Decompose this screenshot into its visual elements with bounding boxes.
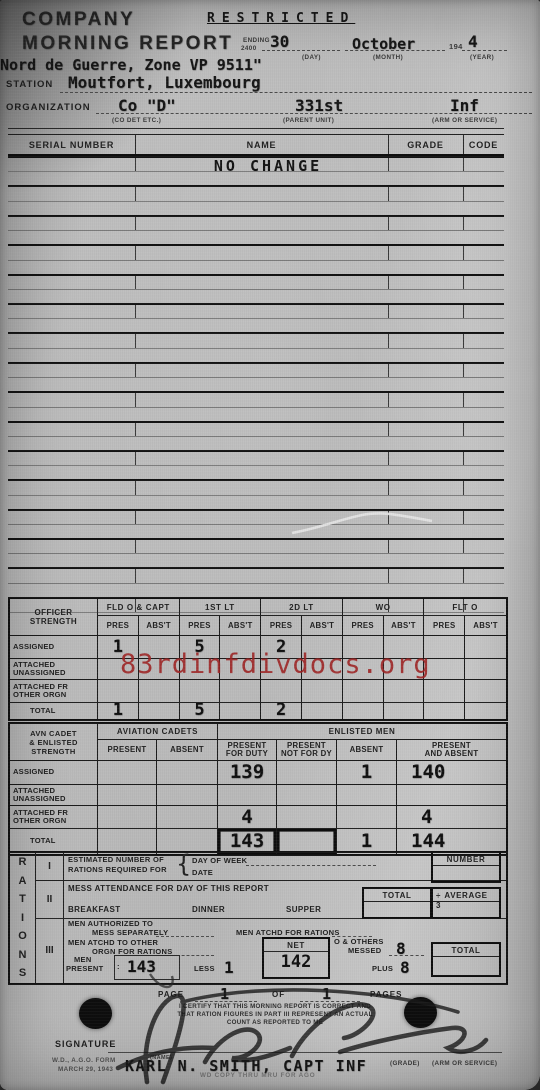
men-present-value: 143 bbox=[127, 959, 156, 975]
cell bbox=[465, 636, 506, 659]
group-2d-lt: 2D LT bbox=[261, 599, 343, 616]
col-absent-2: ABSENT bbox=[337, 740, 397, 761]
col-present-and-absent: PRESENTAND ABSENT bbox=[397, 740, 506, 761]
cell bbox=[465, 703, 506, 719]
cell bbox=[157, 761, 218, 785]
year-value: 4 bbox=[468, 34, 478, 50]
roster-row bbox=[8, 274, 504, 303]
org-arm-label: (ARM OR SERVICE) bbox=[432, 117, 497, 124]
grade-label: (GRADE) bbox=[390, 1060, 420, 1067]
day-of-week-label: DAY OF WEEK bbox=[192, 857, 247, 865]
total-box: TOTAL bbox=[362, 887, 432, 919]
dinner-label: DINNER bbox=[192, 905, 225, 914]
plus-value: 8 bbox=[400, 960, 410, 976]
cell bbox=[98, 785, 157, 806]
roster-header: SERIAL NUMBER NAME GRADE CODE bbox=[8, 134, 504, 156]
roster-table: SERIAL NUMBER NAME GRADE CODE NO CHANGE bbox=[8, 134, 504, 626]
certification-line-3: COUNT AS REPORTED TO ME bbox=[125, 1019, 425, 1026]
cell bbox=[384, 703, 425, 719]
roster-row bbox=[8, 332, 504, 361]
rations-vertical-label: RA TI ON S bbox=[10, 853, 36, 983]
roster-row bbox=[8, 215, 504, 244]
org-parent-value: 331st bbox=[295, 98, 343, 114]
pages-line bbox=[300, 1001, 360, 1002]
cell bbox=[157, 806, 218, 829]
watermark: 83rdinfdivdocs.org bbox=[120, 650, 431, 680]
roster-row bbox=[8, 538, 504, 567]
org-unit-label: (CO DET ETC.) bbox=[112, 117, 161, 124]
row-assigned: ASSIGNED bbox=[10, 636, 98, 659]
station-line bbox=[60, 92, 532, 93]
total-box-iii: TOTAL bbox=[431, 942, 501, 977]
cell bbox=[343, 680, 384, 703]
rations-section-iii: MEN AUTHORIZED TO MESS SEPARATELY MEN AT… bbox=[64, 919, 506, 983]
cell bbox=[337, 785, 397, 806]
group-aviation-cadets: AVIATION CADETS bbox=[98, 724, 218, 740]
roster-row bbox=[8, 479, 504, 508]
cell: 1 bbox=[98, 703, 139, 719]
punch-hole-left bbox=[79, 998, 112, 1029]
row-assigned: ASSIGNED bbox=[10, 761, 98, 785]
pres-header: PRES bbox=[424, 616, 465, 636]
abst-header: ABS'T bbox=[139, 616, 180, 636]
year-prefix: 194 bbox=[449, 43, 463, 50]
abst-header: ABS'T bbox=[220, 616, 261, 636]
messed-line bbox=[389, 955, 424, 956]
no-change-entry: NO CHANGE bbox=[148, 159, 388, 174]
cell bbox=[424, 680, 465, 703]
row-attached-unassigned: ATTACHED UNASSIGNED bbox=[10, 659, 98, 680]
row-attached-fr-other: ATTACHED FR OTHER ORGN bbox=[10, 680, 98, 703]
pres-header: PRES bbox=[180, 616, 221, 636]
station-value: Moutfort, Luxembourg bbox=[68, 75, 261, 91]
messed-label: MESSED bbox=[348, 947, 381, 955]
header-rule bbox=[8, 128, 504, 129]
cell bbox=[465, 680, 506, 703]
station-label: STATION bbox=[6, 80, 53, 89]
abst-header: ABS'T bbox=[302, 616, 343, 636]
col-present: PRESENT bbox=[98, 740, 157, 761]
certification-line-2: THAT RATION FIGURES IN PART III REPRESEN… bbox=[125, 1011, 425, 1018]
col-grade: GRADE bbox=[388, 140, 463, 150]
estimated-label-2: RATIONS REQUIRED FOR bbox=[68, 866, 167, 874]
cell bbox=[384, 680, 425, 703]
pages-label: PAGES bbox=[370, 990, 402, 999]
rations-numerals: I II III bbox=[36, 853, 64, 983]
cell bbox=[220, 680, 261, 703]
date-label: DATE bbox=[192, 869, 213, 877]
cell bbox=[220, 703, 261, 719]
roster-row bbox=[8, 421, 504, 450]
cell bbox=[277, 806, 337, 829]
org-unit-value: Co "D" bbox=[118, 98, 176, 114]
punch-hole-right bbox=[404, 997, 437, 1028]
men-authorized-label: MEN AUTHORIZED TO bbox=[68, 920, 153, 928]
location-line: Nord de Guerre, Zone VP 9511" bbox=[0, 57, 262, 73]
cell bbox=[302, 703, 343, 719]
cell bbox=[98, 680, 139, 703]
ending-label: ENDING bbox=[243, 37, 270, 44]
cell: 139 bbox=[218, 761, 277, 785]
certification-line-1: I CERTIFY THAT THIS MORNING REPORT IS CO… bbox=[125, 1003, 425, 1010]
organization-label: ORGANIZATION bbox=[6, 103, 91, 112]
average-box: AVERAGE bbox=[431, 887, 501, 919]
month-label: (MONTH) bbox=[373, 54, 403, 61]
cell bbox=[218, 785, 277, 806]
cell: 5 bbox=[180, 703, 221, 719]
cell: 1 bbox=[337, 761, 397, 785]
pres-header: PRES bbox=[261, 616, 302, 636]
cell bbox=[139, 680, 180, 703]
men-atchd-for-rations-label: MEN ATCHD FOR RATIONS bbox=[236, 929, 340, 937]
row-total: TOTAL bbox=[10, 703, 98, 719]
roster-row bbox=[8, 303, 504, 332]
col-name: NAME bbox=[135, 140, 388, 150]
row-attached-unassigned: ATTACHED UNASSIGNED bbox=[10, 785, 98, 806]
cell bbox=[337, 806, 397, 829]
roster-row bbox=[8, 362, 504, 391]
form-id-line-2: MARCH 29, 1943 bbox=[58, 1066, 113, 1073]
roster-entry-no-change: NO CHANGE bbox=[8, 156, 504, 185]
morning-report-document: COMPANY RESTRICTED MORNING REPORT ENDING… bbox=[0, 0, 540, 1090]
numeral-iii: III bbox=[36, 919, 63, 983]
group-flt-o: FLT O bbox=[424, 599, 506, 616]
cell bbox=[397, 785, 506, 806]
pres-header: PRES bbox=[343, 616, 384, 636]
numeral-ii: II bbox=[36, 881, 63, 919]
cell: 140 bbox=[397, 761, 506, 785]
brace-glyph: { bbox=[176, 852, 191, 876]
cell bbox=[465, 659, 506, 680]
cell bbox=[302, 680, 343, 703]
cell bbox=[98, 761, 157, 785]
row-attached-fr-other: ATTACHED FR OTHER ORGN bbox=[10, 806, 98, 829]
rations-section: RA TI ON S I II III ESTIMATED NUMBER OF … bbox=[8, 851, 508, 985]
wd-copy-line: WD COPY THRU MRU FOR AGO bbox=[200, 1072, 315, 1079]
cell: 2 bbox=[261, 703, 302, 719]
cell bbox=[424, 703, 465, 719]
supper-label: SUPPER bbox=[286, 905, 321, 914]
month-line bbox=[345, 50, 445, 51]
signature-label: SIGNATURE bbox=[55, 1040, 116, 1049]
day-line bbox=[262, 50, 340, 51]
numeral-i: I bbox=[36, 853, 63, 881]
present-label: PRESENT bbox=[66, 965, 104, 973]
pres-header: PRES bbox=[98, 616, 139, 636]
cell: 4 bbox=[218, 806, 277, 829]
breakfast-label: BREAKFAST bbox=[68, 905, 121, 914]
of-label: OF bbox=[272, 990, 285, 999]
mess-separately-line bbox=[156, 936, 214, 937]
col-present-for-duty: PRESENTFOR DUTY bbox=[218, 740, 277, 761]
officer-strength-title: OFFICER STRENGTH bbox=[10, 599, 98, 636]
cell bbox=[343, 703, 384, 719]
group-wo: WO bbox=[343, 599, 425, 616]
morning-report-title: MORNING REPORT bbox=[22, 34, 233, 54]
rations-section-ii: MESS ATTENDANCE FOR DAY OF THIS REPORT B… bbox=[64, 881, 506, 919]
cell bbox=[277, 761, 337, 785]
org-arm-value: Inf bbox=[450, 98, 479, 114]
arm-label: (ARM OR SERVICE) bbox=[432, 1060, 497, 1067]
roster-row bbox=[8, 450, 504, 479]
cell bbox=[261, 680, 302, 703]
cell bbox=[139, 703, 180, 719]
year-label: (YEAR) bbox=[470, 54, 494, 61]
pages-value: 1 bbox=[322, 986, 331, 1002]
day-of-week-line bbox=[246, 865, 376, 866]
ending-time: 2400 bbox=[241, 45, 257, 52]
year-line bbox=[462, 50, 507, 51]
day-label: (DAY) bbox=[302, 54, 321, 61]
group-enlisted-men: ENLISTED MEN bbox=[218, 724, 506, 740]
abst-header: ABS'T bbox=[384, 616, 425, 636]
day-value: 30 bbox=[270, 34, 289, 50]
number-box: NUMBER bbox=[431, 851, 501, 883]
net-box: NET 142 bbox=[262, 937, 330, 979]
restricted-stamp: RESTRICTED bbox=[207, 12, 355, 26]
plus-label: PLUS bbox=[372, 965, 393, 973]
roster-row bbox=[8, 391, 504, 420]
abst-header: ABS'T bbox=[465, 616, 506, 636]
cell bbox=[277, 785, 337, 806]
company-title: COMPANY bbox=[22, 10, 135, 30]
col-present-not-for-dy: PRESENTNOT FOR DY bbox=[277, 740, 337, 761]
roster-row bbox=[8, 185, 504, 214]
rations-section-i: ESTIMATED NUMBER OF RATIONS REQUIRED FOR… bbox=[64, 853, 506, 881]
organization-line bbox=[96, 113, 532, 114]
cell bbox=[98, 806, 157, 829]
less-value: 1 bbox=[224, 960, 234, 976]
cell bbox=[180, 680, 221, 703]
group-1st-lt: 1ST LT bbox=[180, 599, 262, 616]
col-absent: ABSENT bbox=[157, 740, 218, 761]
page-line bbox=[195, 1001, 257, 1002]
men-atchd-other-label: MEN ATCHD TO OTHER bbox=[68, 939, 158, 947]
net-value: 142 bbox=[264, 952, 328, 971]
roster-row bbox=[8, 244, 504, 273]
cell bbox=[157, 785, 218, 806]
roster-row bbox=[8, 567, 504, 596]
form-id-line-1: W.D., A.G.O. FORM bbox=[52, 1057, 116, 1064]
page-label: PAGE bbox=[158, 990, 184, 999]
signature-line bbox=[108, 1052, 502, 1053]
less-label: LESS bbox=[194, 965, 215, 973]
col-serial-number: SERIAL NUMBER bbox=[8, 140, 135, 150]
cell: 4 bbox=[397, 806, 506, 829]
col-code: CODE bbox=[463, 140, 504, 150]
mess-attendance-label: MESS ATTENDANCE FOR DAY OF THIS REPORT bbox=[68, 884, 269, 893]
men-present-box: : 143 bbox=[114, 955, 180, 980]
roster-row bbox=[8, 509, 504, 538]
enlisted-strength-title: AVN CADET & ENLISTED STRENGTH bbox=[10, 724, 98, 761]
estimated-label-1: ESTIMATED NUMBER OF bbox=[68, 856, 164, 864]
men-label: MEN bbox=[74, 956, 92, 964]
org-parent-label: (PARENT UNIT) bbox=[283, 117, 334, 124]
enlisted-strength-table: AVN CADET & ENLISTED STRENGTH AVIATION C… bbox=[8, 722, 508, 856]
o-and-others-label: O & OTHERS bbox=[334, 938, 384, 946]
group-fldo-capt: FLD O & CAPT bbox=[98, 599, 180, 616]
page-value: 1 bbox=[220, 986, 229, 1002]
